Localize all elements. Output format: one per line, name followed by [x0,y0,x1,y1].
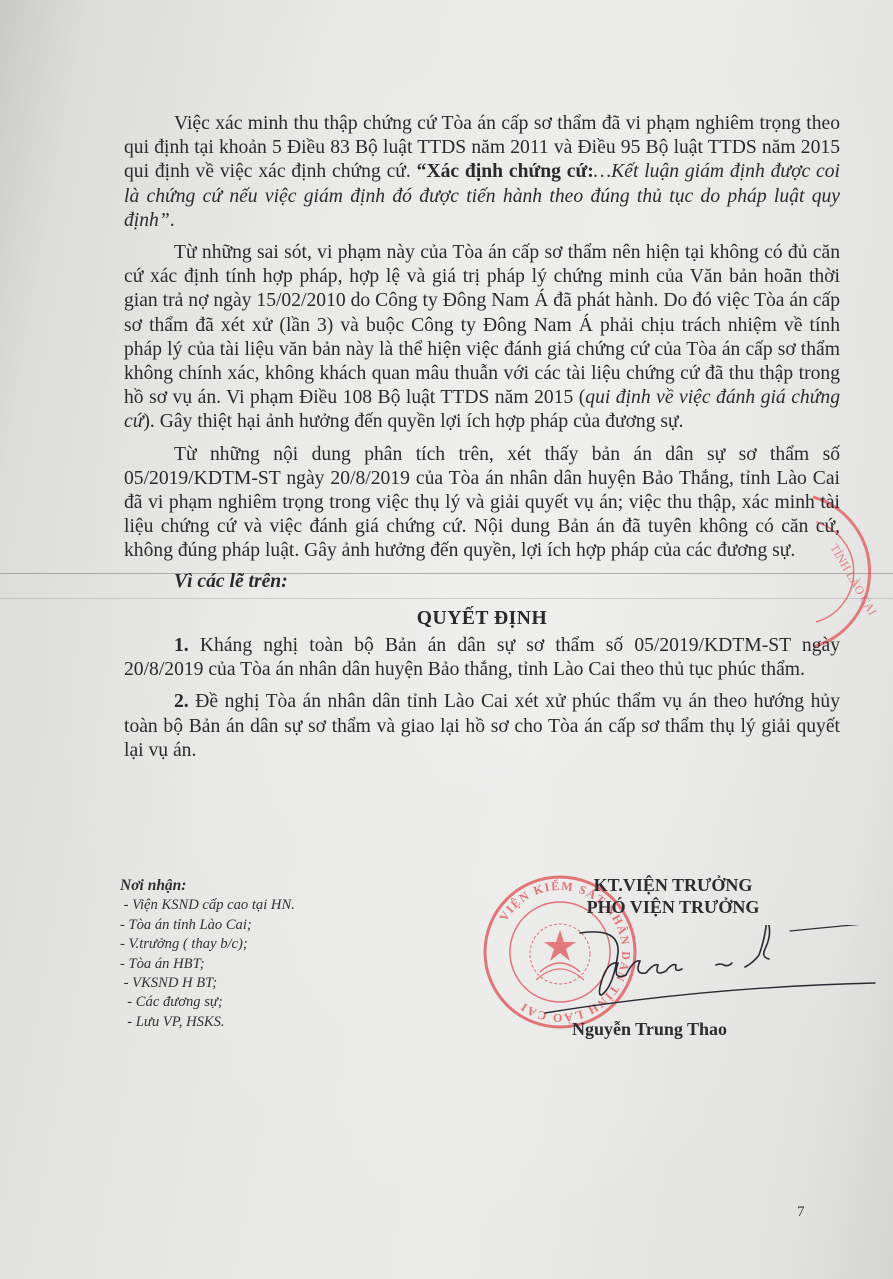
paragraph-2-end: ). Gây thiệt hại ảnh hưởng đến quyền lợi… [143,411,683,432]
recipient-item: - Tòa án tỉnh Lào Cai; [120,916,295,935]
document-body: Việc xác minh thu thập chứng cứ Tòa án c… [124,112,840,763]
recipients-title: Nơi nhận: [120,876,295,895]
decision-text: Kháng nghị toàn bộ Bản án dân sự sơ thẩm… [124,635,840,680]
recipient-item: - Viện KSND cấp cao tại HN. [120,896,295,915]
signer-name: Nguyễn Trung Thao [572,1019,727,1040]
decision-item-2: 2. Đề nghị Tòa án nhân dân tỉnh Lào Cai … [124,690,840,763]
decision-heading: QUYẾT ĐỊNH [124,607,840,631]
page-number: 7 [797,1204,805,1221]
paragraph-1: Việc xác minh thu thập chứng cứ Tòa án c… [124,112,840,233]
paragraph-3-text: Từ những nội dung phân tích trên, xét th… [124,444,840,562]
paragraph-1-end: . [170,210,175,231]
paragraph-3: Từ những nội dung phân tích trên, xét th… [124,443,840,564]
paragraph-2-text: Từ những sai sót, vi phạm này của Tòa án… [124,242,840,408]
signature-block: KT.VIỆN TRƯỞNG PHÓ VIỆN TRƯỞNG [548,874,798,918]
decision-number: 1. [174,635,189,656]
recipient-item: - VKSND H BT; [120,974,295,993]
decision-number: 2. [174,691,189,712]
recipient-item: - Các đương sự; [120,993,295,1012]
decision-text: Đề nghị Tòa án nhân dân tỉnh Lào Cai xét… [124,691,840,760]
handwritten-signature-icon [540,925,880,1015]
quote-bold: “Xác định chứng cứ: [417,161,594,182]
intro-phrase: Vì các lẽ trên: [174,570,840,594]
recipients-list: Nơi nhận: - Viện KSND cấp cao tại HN. - … [120,876,295,1032]
signature-title-2: PHÓ VIỆN TRƯỞNG [548,896,798,918]
recipient-item: - Lưu VP, HSKS. [120,1013,295,1032]
decision-item-1: 1. Kháng nghị toàn bộ Bản án dân sự sơ t… [124,634,840,682]
recipient-item: - V.trưởng ( thay b/c); [120,935,295,954]
signature-title-1: KT.VIỆN TRƯỞNG [548,874,798,896]
paragraph-2: Từ những sai sót, vi phạm này của Tòa án… [124,241,840,435]
recipient-item: - Tòa án HBT; [120,955,295,974]
